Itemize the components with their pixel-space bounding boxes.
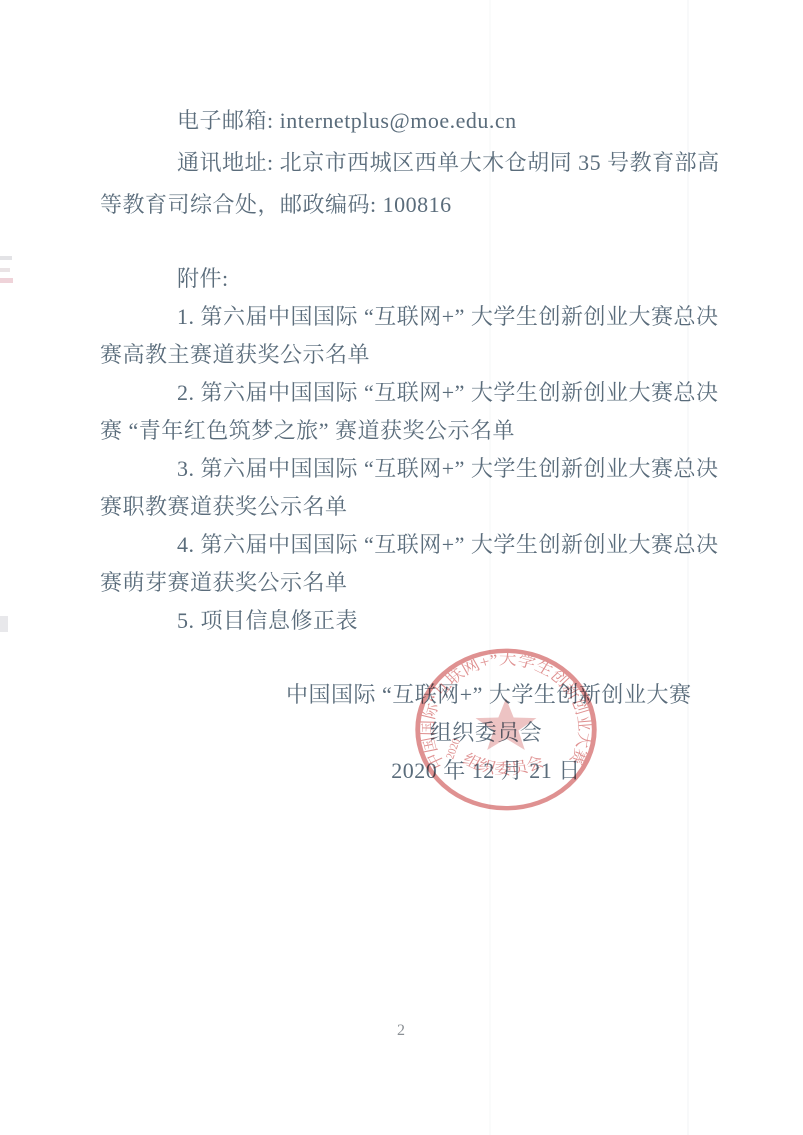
contact-block: 电子邮箱: internetplus@moe.edu.cn 通讯地址: 北京市西… xyxy=(100,100,740,226)
contact-address-line-1: 通讯地址: 北京市西城区西单大木仓胡同 35 号教育部高 xyxy=(100,142,740,184)
signature-block: 中国国际 “互联网+” 大学生创新创业大赛 组织委员会 2020 年 12 月 … xyxy=(286,676,686,790)
attachment-item-2-line-2: 赛 “青年红色筑梦之旅” 赛道获奖公示名单 xyxy=(100,412,760,450)
attachment-item-2-line-1: 2. 第六届中国国际 “互联网+” 大学生创新创业大赛总决 xyxy=(100,374,760,412)
contact-address-line-2: 等教育司综合处，邮政编码: 100816 xyxy=(100,184,740,226)
scan-artifact xyxy=(0,256,12,260)
attachment-item-4-line-2: 赛萌芽赛道获奖公示名单 xyxy=(100,564,760,602)
attachment-item-3-line-1: 3. 第六届中国国际 “互联网+” 大学生创新创业大赛总决 xyxy=(100,450,760,488)
attachments-heading: 附件: xyxy=(100,260,760,298)
attachment-item-5: 5. 项目信息修正表 xyxy=(100,602,760,640)
attachment-item-1-line-2: 赛高教主赛道获奖公示名单 xyxy=(100,336,760,374)
scan-artifact xyxy=(0,268,10,272)
contact-email-line: 电子邮箱: internetplus@moe.edu.cn xyxy=(100,100,740,142)
signature-date: 2020 年 12 月 21 日 xyxy=(286,752,686,790)
page-number: 2 xyxy=(0,1022,803,1040)
document-page: 电子邮箱: internetplus@moe.edu.cn 通讯地址: 北京市西… xyxy=(0,0,803,1135)
signature-org-line-2: 组织委员会 xyxy=(286,714,686,752)
scan-artifact xyxy=(0,616,8,632)
attachment-item-1-line-1: 1. 第六届中国国际 “互联网+” 大学生创新创业大赛总决 xyxy=(100,298,760,336)
attachments-block: 附件: 1. 第六届中国国际 “互联网+” 大学生创新创业大赛总决 赛高教主赛道… xyxy=(100,260,760,640)
attachment-item-4-line-1: 4. 第六届中国国际 “互联网+” 大学生创新创业大赛总决 xyxy=(100,526,760,564)
attachment-item-3-line-2: 赛职教赛道获奖公示名单 xyxy=(100,488,760,526)
scan-artifact xyxy=(0,278,13,283)
signature-org-line-1: 中国国际 “互联网+” 大学生创新创业大赛 xyxy=(286,676,686,714)
